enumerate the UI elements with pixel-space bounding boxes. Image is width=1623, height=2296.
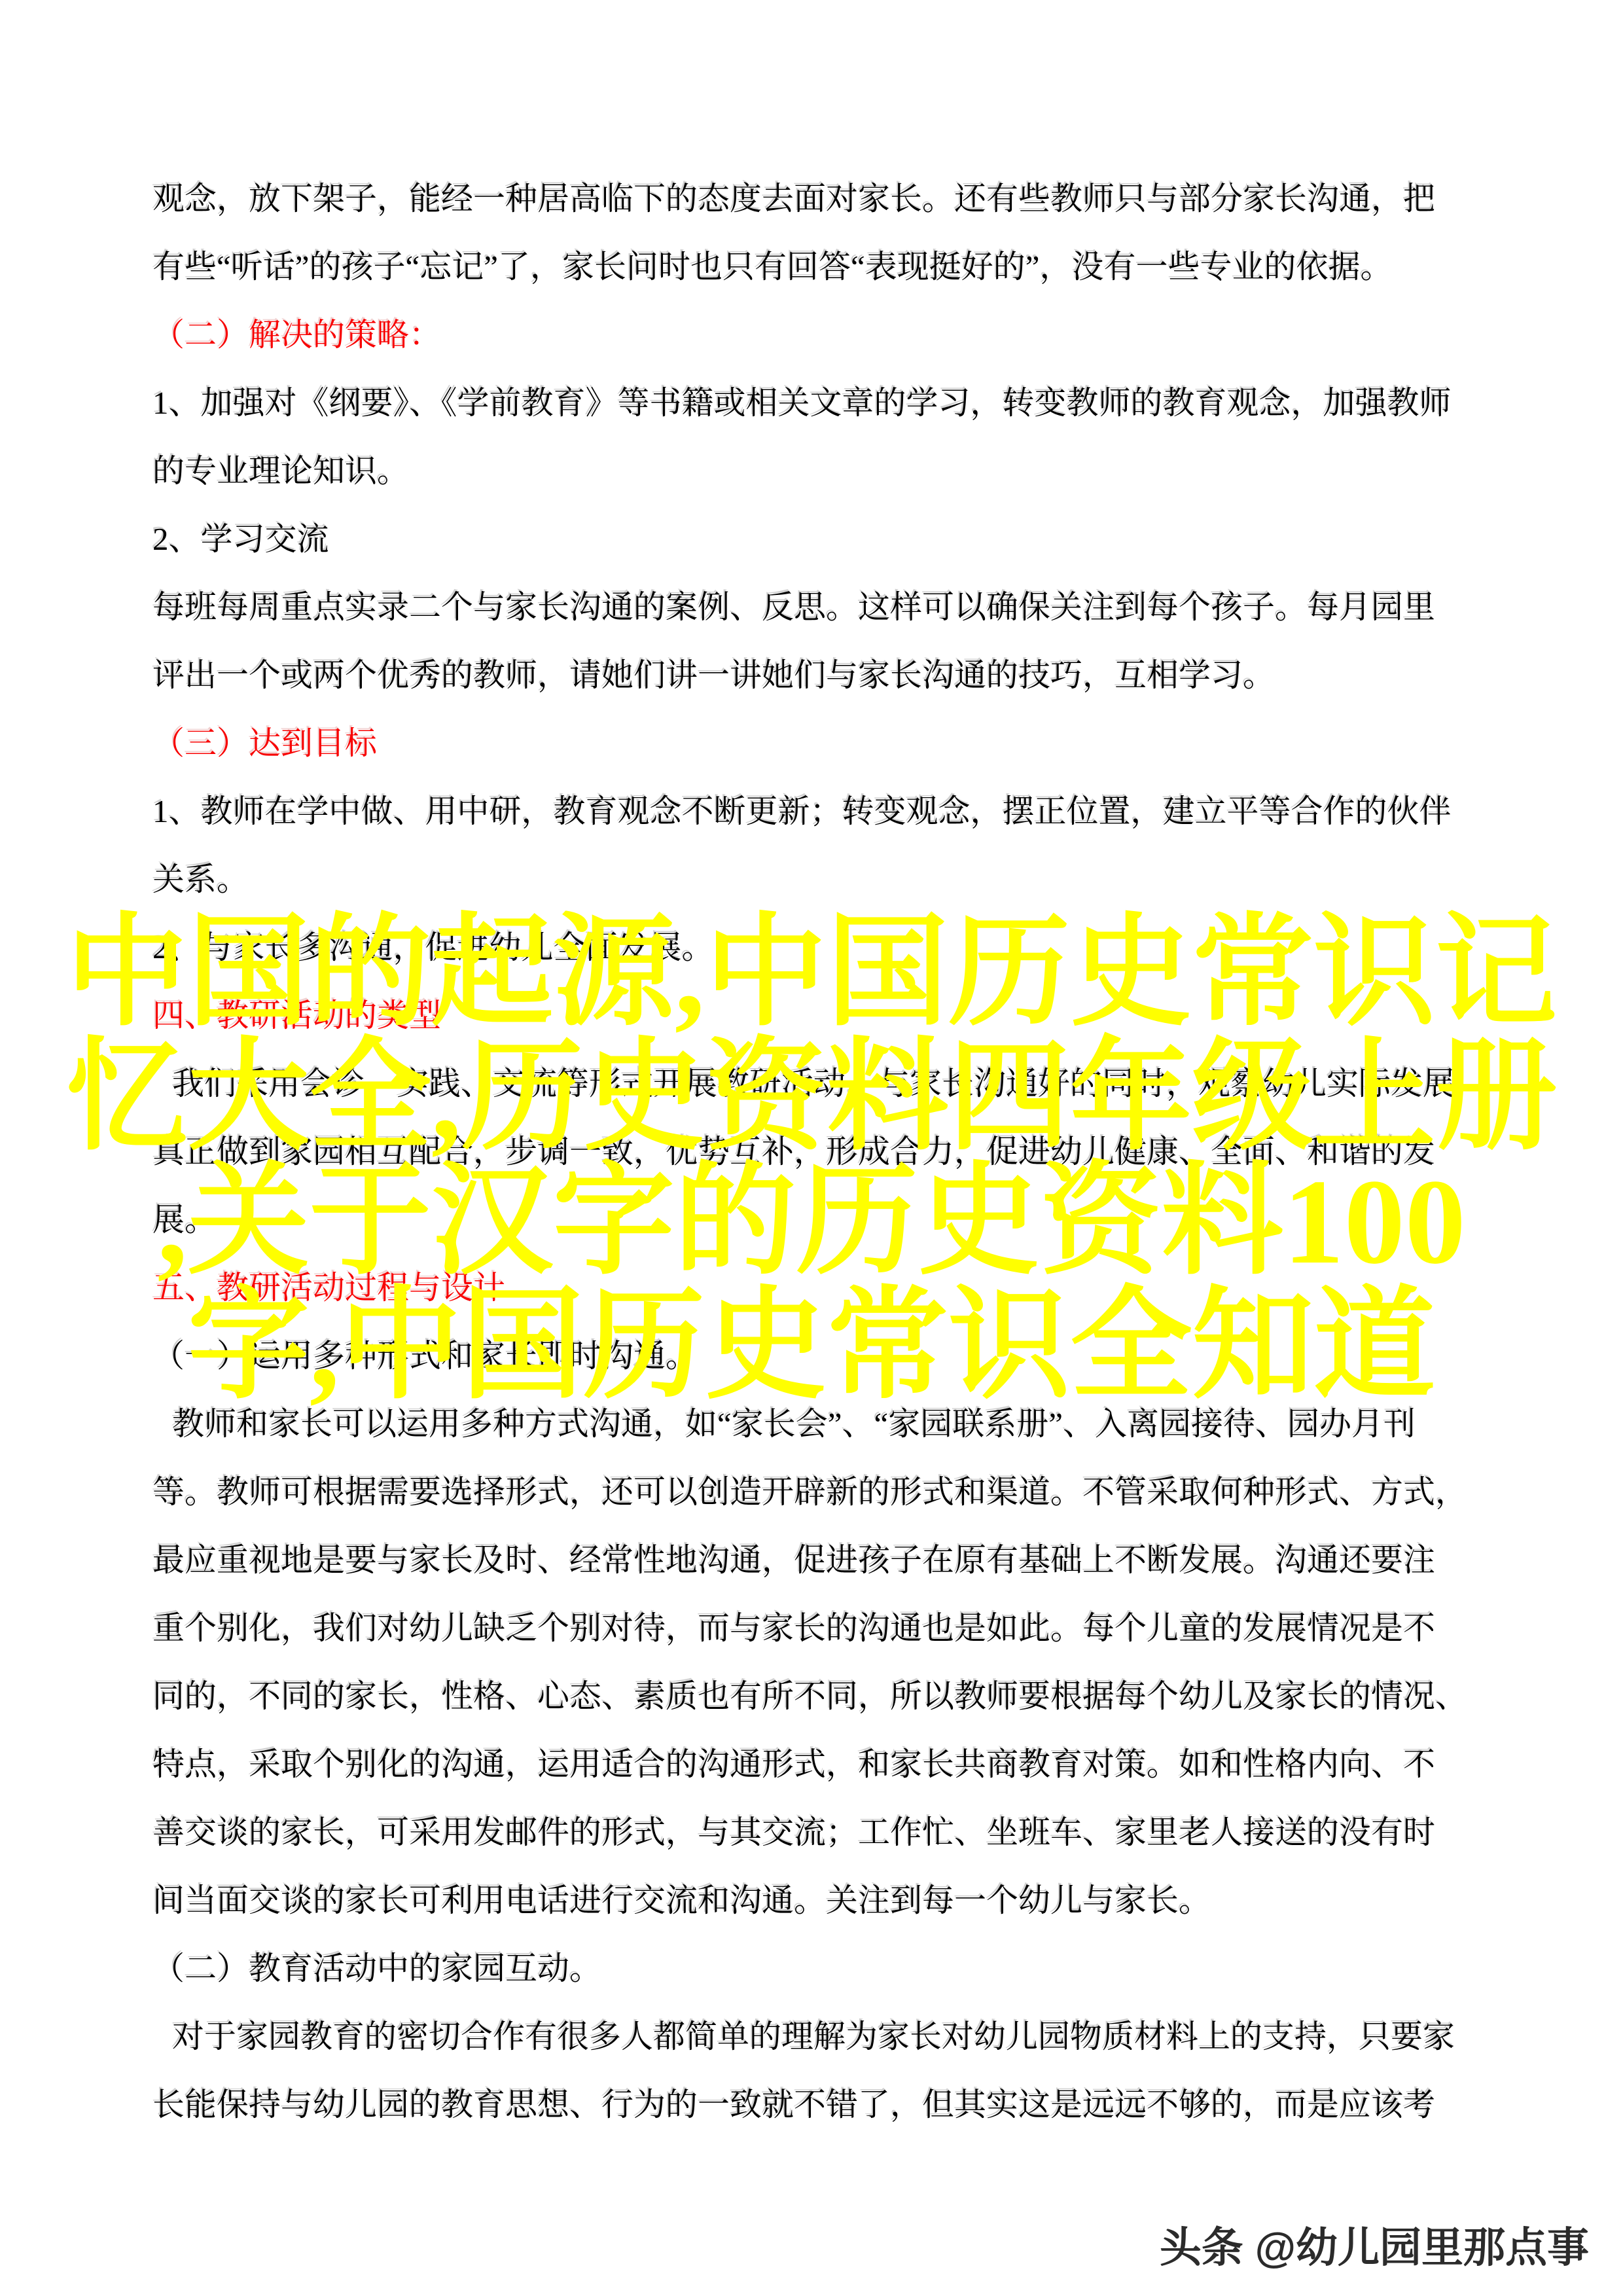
document-line: 关系。 xyxy=(152,846,1501,914)
document-line: 同的，不同的家长，性格、心态、素质也有所不同，所以教师要根据每个幼儿及家长的情况… xyxy=(152,1662,1501,1731)
document-line: 特点，采取个别化的沟通，运用适合的沟通形式，和家长共商教育对策。如和性格内向、不 xyxy=(152,1731,1501,1799)
document-heading-line: （三）达到目标 xyxy=(152,709,1501,778)
document-line: 等。教师可根据需要选择形式，还可以创造开辟新的形式和渠道。不管采取何种形式、方式… xyxy=(152,1458,1501,1526)
document-line: 1、教师在学中做、用中研，教育观念不断更新；转变观念，摆正位置，建立平等合作的伙… xyxy=(152,778,1501,846)
document-heading-line: 五、教研活动过程与设计 xyxy=(152,1254,1501,1322)
document-line: 对于家园教育的密切合作有很多人都简单的理解为家长对幼儿园物质材料上的支持，只要家 xyxy=(152,2003,1501,2071)
document-line: 教师和家长可以运用多种方式沟通，如“家长会”、“家园联系册”、入离园接待、园办月… xyxy=(152,1390,1501,1458)
document-line: 的专业理论知识。 xyxy=(152,437,1501,505)
document-line: 有些“听话”的孩子“忘记”了，家长问时也只有回答“表现挺好的”，没有一些专业的依… xyxy=(152,233,1501,301)
document-line: 善交谈的家长，可采用发邮件的形式，与其交流；工作忙、坐班车、家里老人接送的没有时 xyxy=(152,1799,1501,1867)
document-line: 1、加强对《纲要》、《学前教育》等书籍或相关文章的学习，转变教师的教育观念，加强… xyxy=(152,369,1501,437)
document-line: 最应重视地是要与家长及时、经常性地沟通，促进孩子在原有基础上不断发展。沟通还要注 xyxy=(152,1526,1501,1594)
document-heading-line: （二）解决的策略： xyxy=(152,301,1501,369)
document-line: （一）运用多种形式和家长即时沟通。 xyxy=(152,1322,1501,1390)
document-heading-line: 四、教研活动的类型 xyxy=(152,982,1501,1050)
document-line: 观念，放下架子，能经一种居高临下的态度去面对家长。还有些教师只与部分家长沟通，把 xyxy=(152,165,1501,233)
document-line: 2、与家长多沟通，促进幼儿全面发展。 xyxy=(152,914,1501,982)
document-line: 重个别化，我们对幼儿缺乏个别对待，而与家长的沟通也是如此。每个儿童的发展情况是不 xyxy=(152,1594,1501,1662)
document-line: 评出一个或两个优秀的教师，请她们讲一讲她们与家长沟通的技巧，互相学习。 xyxy=(152,641,1501,709)
document-line: 每班每周重点实录二个与家长沟通的案例、反思。这样可以确保关注到每个孩子。每月园里 xyxy=(152,573,1501,641)
document-page: 观念，放下架子，能经一种居高临下的态度去面对家长。还有些教师只与部分家长沟通，把… xyxy=(0,0,1623,2296)
document-line: 间当面交谈的家长可利用电话进行交流和沟通。关注到每一个幼儿与家长。 xyxy=(152,1867,1501,1935)
toutiao-watermark: 头条 @幼儿园里那点事 xyxy=(1160,2214,1589,2274)
document-line: （二）教育活动中的家园互动。 xyxy=(152,1935,1501,2003)
document-text-block: 观念，放下架子，能经一种居高临下的态度去面对家长。还有些教师只与部分家长沟通，把… xyxy=(152,165,1501,2139)
document-line: 长能保持与幼儿园的教育思想、行为的一致就不错了，但其实这是远远不够的，而是应该考 xyxy=(152,2071,1501,2139)
document-line: 展。 xyxy=(152,1186,1501,1254)
document-line: 真正做到家园相互配合，步调一致，优势互补，形成合力，促进幼儿健康、全面、和谐的发 xyxy=(152,1118,1501,1186)
document-line: 2、学习交流 xyxy=(152,505,1501,573)
document-line: 我们采用会诊、实践、交流等形式开展教研活动，与家长沟通好的同时，观察幼儿实际发展 xyxy=(152,1050,1501,1118)
